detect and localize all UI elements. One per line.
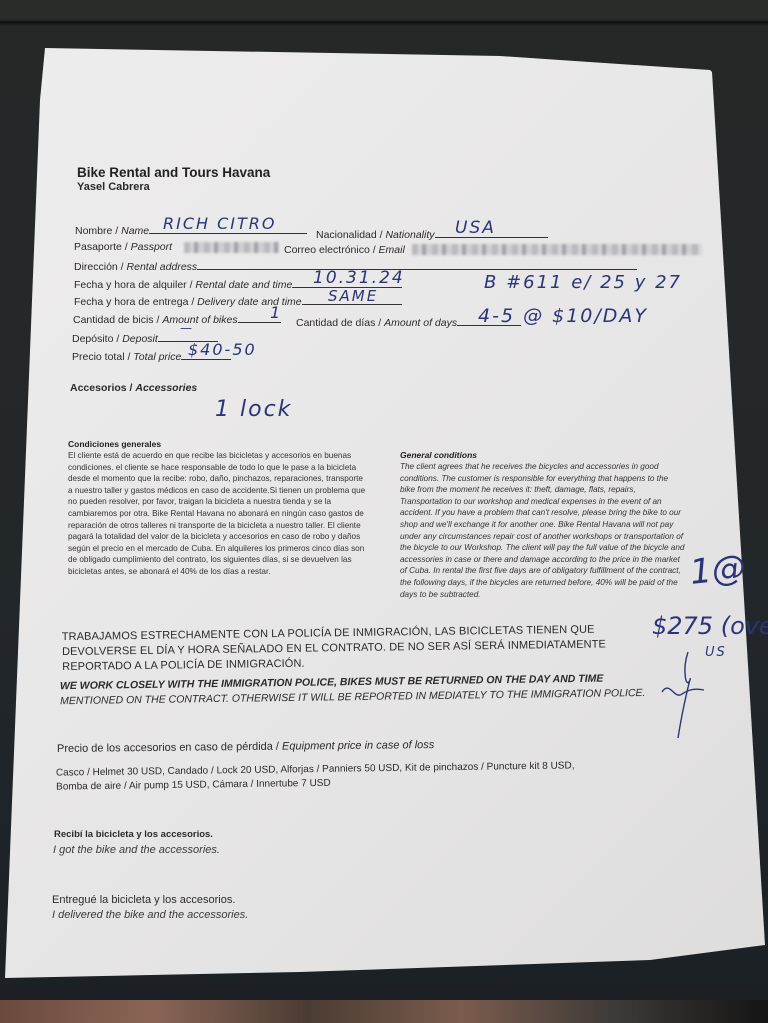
conditions-es-heading: Condiciones generales <box>68 439 161 449</box>
email-value-redacted <box>412 244 702 255</box>
signature-scribble-icon <box>660 650 710 740</box>
owner-name: Yasel Cabrera <box>77 181 150 193</box>
deposit-value[interactable]: — <box>180 321 194 335</box>
name-value[interactable]: RICH CITRO <box>163 214 277 233</box>
email-label: Correo electrónico / Email <box>284 244 405 256</box>
days-value[interactable]: 4-5 @ $10/DAY <box>478 305 648 327</box>
bikes-label: Cantidad de bicis / Amount of bikes <box>73 312 281 326</box>
immigration-warning-es: TRABAJAMOS ESTRECHAMENTE CON LA POLICÍA … <box>62 622 643 675</box>
bikes-value[interactable]: 1 <box>270 303 282 322</box>
conditions-en-heading: General conditions <box>400 450 477 460</box>
total-price-value[interactable]: $40-50 <box>188 340 257 359</box>
received-statement-en: I got the bike and the accessories. <box>53 844 220 856</box>
conditions-es-body: El cliente está de acuerdo en que recibe… <box>68 450 368 578</box>
accessories-value[interactable]: 1 lock <box>215 397 292 422</box>
delivered-statement-es: Entregué la bicicleta y los accesorios. <box>52 894 235 906</box>
accessories-label: Accesorios / Accessories <box>70 382 197 394</box>
passport-label: Pasaporte / Passport <box>74 241 172 253</box>
conditions-en-body: The client agrees that he receives the b… <box>400 461 685 600</box>
equipment-price-list: Casco / Helmet 30 USD, Candado / Lock 20… <box>56 759 575 794</box>
passport-value-redacted <box>184 242 279 253</box>
received-statement-es: Recibí la bicicleta y los accesorios. <box>54 829 213 840</box>
rental-address-note: B #611 e/ 25 y 27 <box>484 272 682 293</box>
rental-contract: Bike Rental and Tours Havana Yasel Cabre… <box>0 0 768 1023</box>
nationality-value[interactable]: USA <box>455 218 496 238</box>
margin-mark: 1@ <box>688 547 748 593</box>
delivered-statement-en: I delivered the bike and the accessories… <box>52 909 248 921</box>
equipment-price-heading: Precio de los accesorios en caso de pérd… <box>57 739 434 755</box>
delivery-date-value[interactable]: SAME <box>328 287 378 305</box>
nationality-label: Nacionalidad / Nationality <box>316 227 548 241</box>
immigration-warning-en: WE WORK CLOSELY WITH THE IMMIGRATION POL… <box>60 671 660 709</box>
margin-amount: $275 (overwritten) <box>652 612 768 640</box>
company-title: Bike Rental and Tours Havana <box>77 165 270 180</box>
rental-date-value[interactable]: 10.31.24 <box>313 268 405 288</box>
